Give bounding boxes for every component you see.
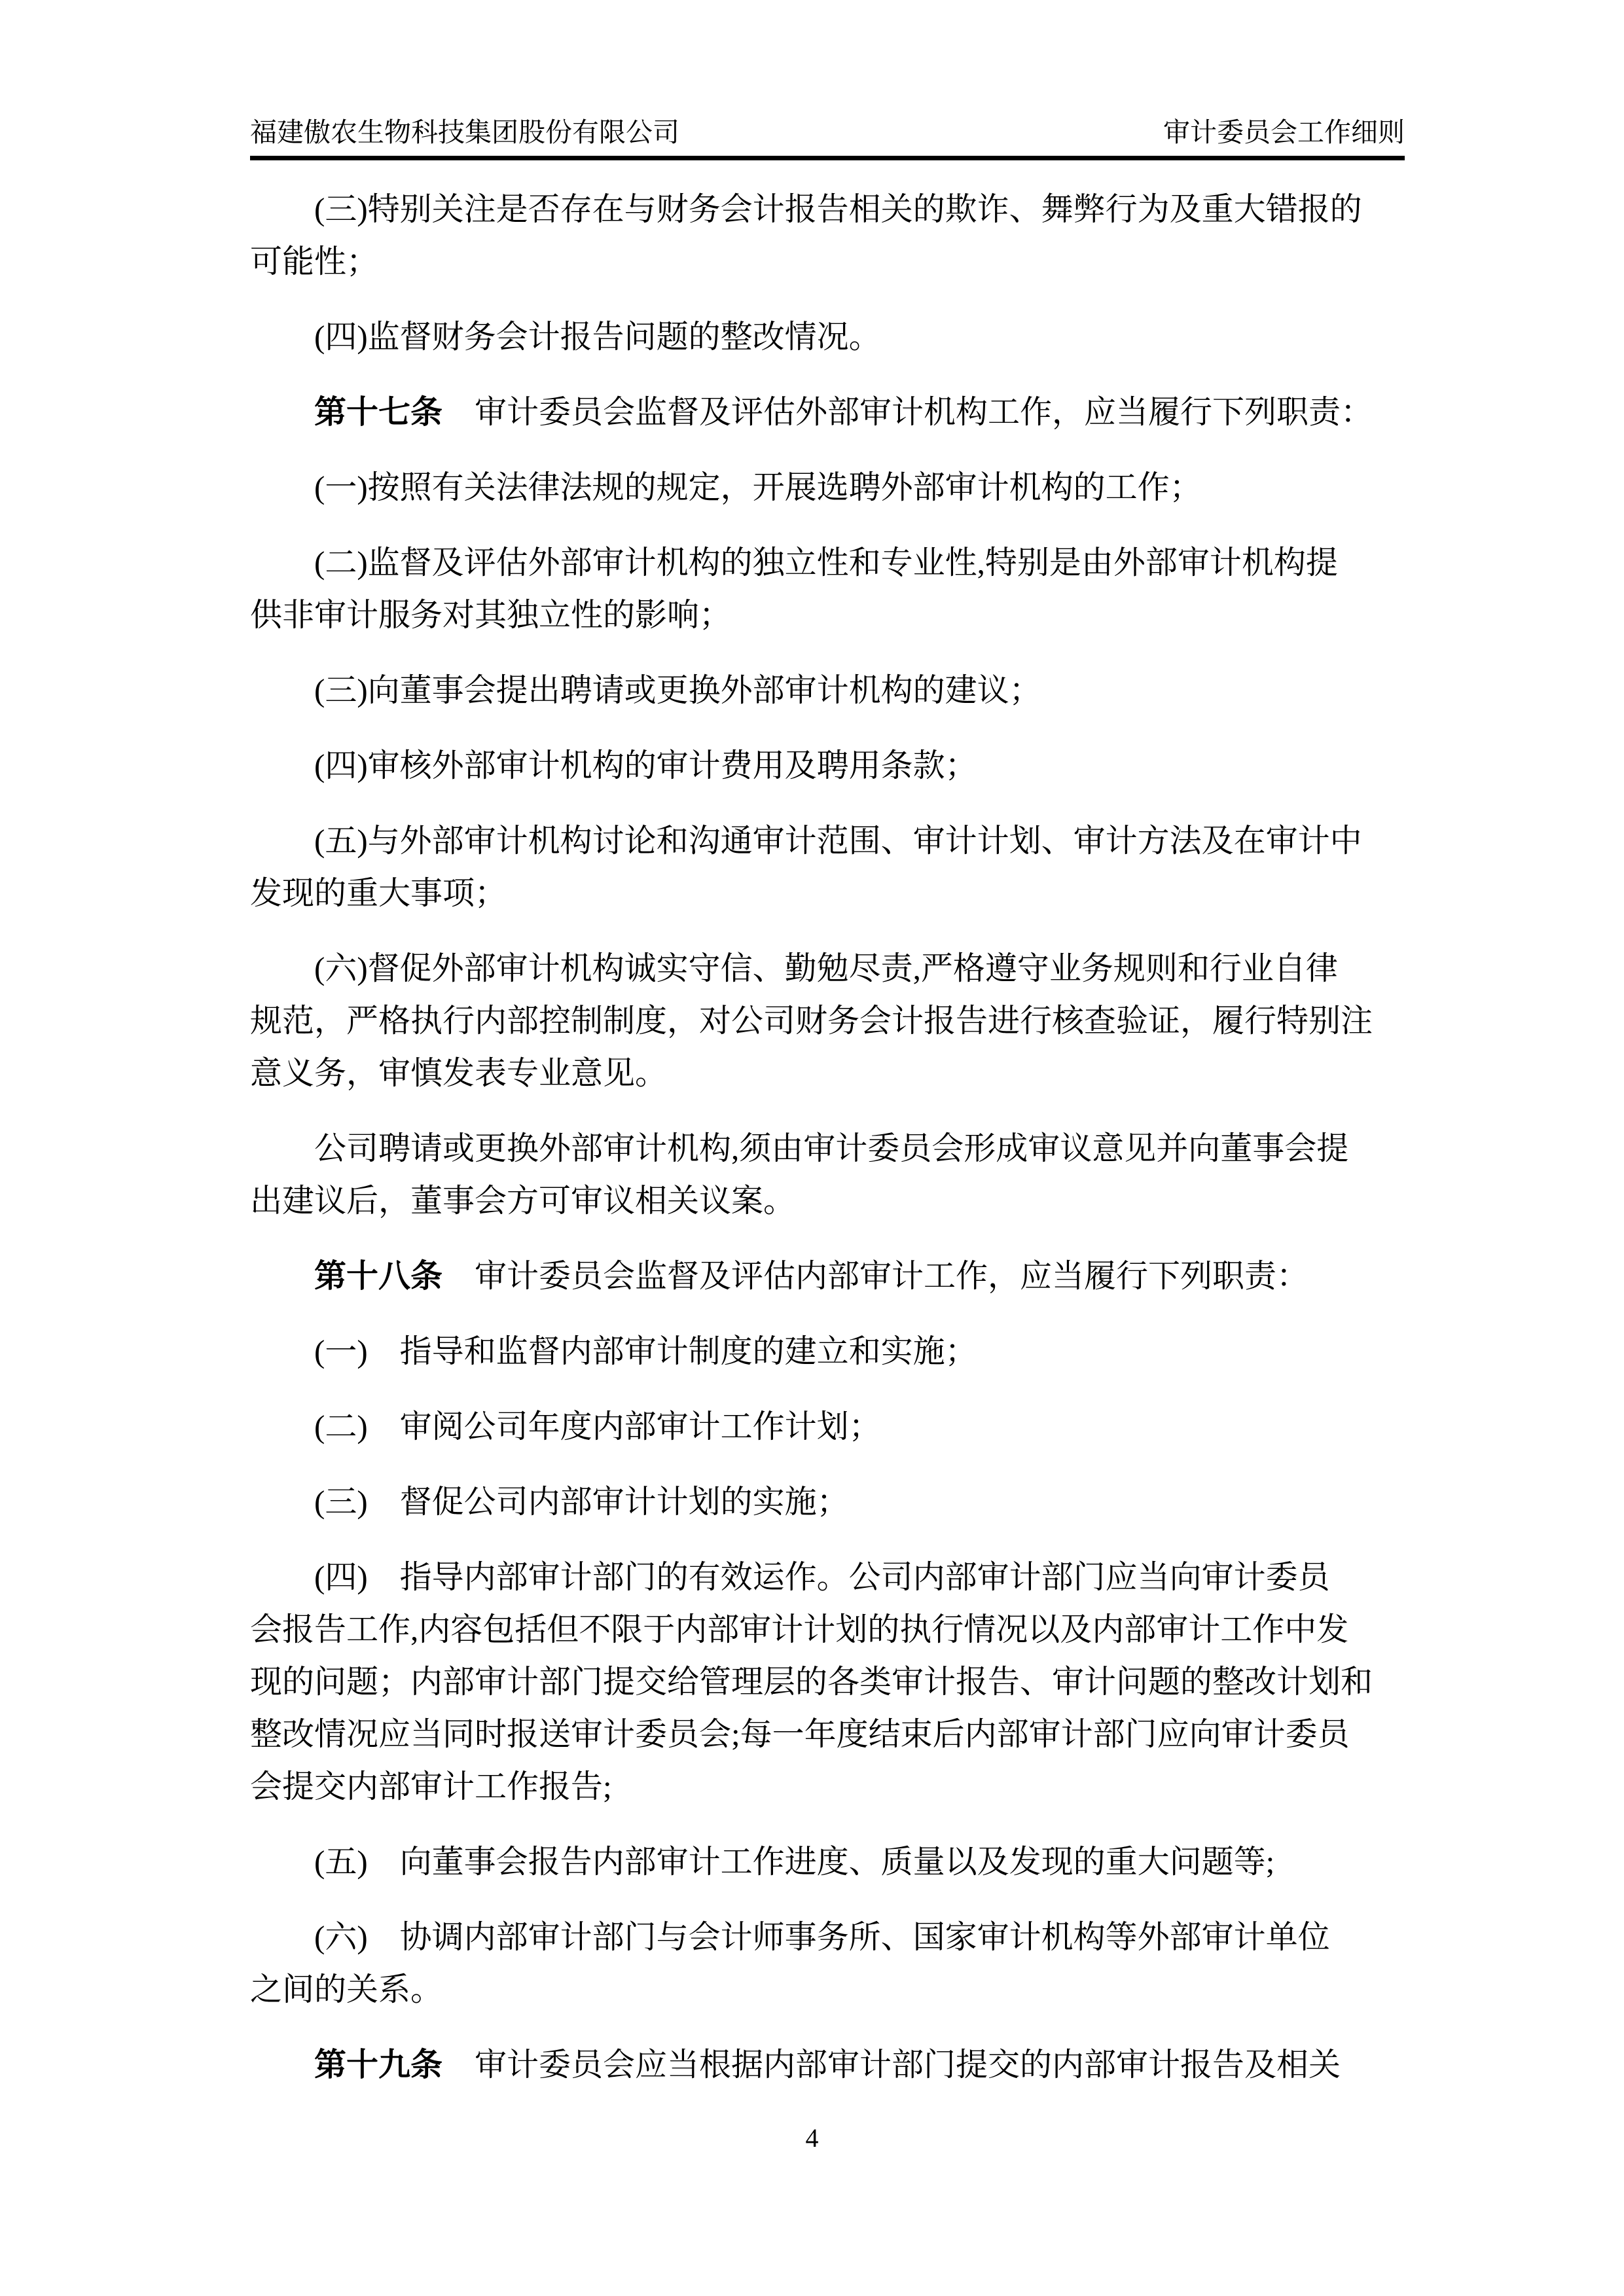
text-run: (五) 向董事会报告内部审计工作进度、质量以及发现的重大问题等; — [314, 1844, 1274, 1880]
body-line: 之间的关系。 — [250, 1964, 1405, 2016]
text-run: 之间的关系。 — [250, 1971, 442, 2007]
body-line: 第十九条 审计委员会应当根据内部审计部门提交的内部审计报告及相关 — [250, 2039, 1405, 2091]
article-number: 第十九条 — [314, 2047, 442, 2083]
text-run: (四)监督财务会计报告问题的整改情况。 — [314, 319, 881, 355]
text-run: 出建议后，董事会方可审议相关议案。 — [250, 1183, 795, 1219]
text-run: 意义务，审慎发表专业意见。 — [250, 1055, 667, 1091]
text-run: (三) 督促公司内部审计计划的实施； — [314, 1484, 849, 1520]
body-line: 规范，严格执行内部控制制度，对公司财务会计报告进行核查验证，履行特别注 — [250, 995, 1405, 1047]
body-line: (四)审核外部审计机构的审计费用及聘用条款； — [250, 740, 1405, 792]
text-run: 供非审计服务对其独立性的影响； — [250, 597, 731, 633]
body-line: (三) 督促公司内部审计计划的实施； — [250, 1476, 1405, 1528]
text-run: (一)按照有关法律法规的规定，开展选聘外部审计机构的工作； — [314, 469, 1202, 505]
text-run: 现的问题；内部审计部门提交给管理层的各类审计报告、审计问题的整改计划和 — [250, 1664, 1373, 1700]
text-run: 发现的重大事项； — [250, 875, 507, 911]
body-line: 会提交内部审计工作报告; — [250, 1761, 1405, 1813]
text-run: 规范，严格执行内部控制制度，对公司财务会计报告进行核查验证，履行特别注 — [250, 1003, 1373, 1039]
body-line: 现的问题；内部审计部门提交给管理层的各类审计报告、审计问题的整改计划和 — [250, 1656, 1405, 1708]
body-line: 出建议后，董事会方可审议相关议案。 — [250, 1175, 1405, 1227]
text-run: 审计委员会监督及评估内部审计工作，应当履行下列职责： — [442, 1258, 1308, 1294]
body-line: 公司聘请或更换外部审计机构,须由审计委员会形成审议意见并向董事会提 — [250, 1122, 1405, 1175]
body-line: 第十八条 审计委员会监督及评估内部审计工作，应当履行下列职责： — [250, 1250, 1405, 1302]
header-doc-title: 审计委员会工作细则 — [1163, 118, 1405, 146]
body-line: (五) 向董事会报告内部审计工作进度、质量以及发现的重大问题等; — [250, 1836, 1405, 1888]
article-number: 第十八条 — [314, 1258, 442, 1294]
body-line: (三)特别关注是否存在与财务会计报告相关的欺诈、舞弊行为及重大错报的 — [250, 183, 1405, 236]
text-run: (四) 指导内部审计部门的有效运作。公司内部审计部门应当向审计委员 — [314, 1559, 1330, 1595]
document-body: (三)特别关注是否存在与财务会计报告相关的欺诈、舞弊行为及重大错报的可能性；(四… — [250, 183, 1405, 2091]
page-header: 福建傲农生物科技集团股份有限公司 审计委员会工作细则 — [250, 0, 1405, 146]
body-line: (六) 协调内部审计部门与会计师事务所、国家审计机构等外部审计单位 — [250, 1911, 1405, 1964]
document-page: 福建傲农生物科技集团股份有限公司 审计委员会工作细则 (三)特别关注是否存在与财… — [0, 0, 1624, 2296]
text-run: (四)审核外部审计机构的审计费用及聘用条款； — [314, 747, 977, 783]
body-line: (二)监督及评估外部审计机构的独立性和专业性,特别是由外部审计机构提 — [250, 537, 1405, 589]
body-line: (三)向董事会提出聘请或更换外部审计机构的建议； — [250, 664, 1405, 717]
body-line: (一)按照有关法律法规的规定，开展选聘外部审计机构的工作； — [250, 461, 1405, 514]
text-run: (二) 审阅公司年度内部审计工作计划； — [314, 1408, 881, 1444]
body-line: 第十七条 审计委员会监督及评估外部审计机构工作，应当履行下列职责： — [250, 386, 1405, 439]
text-run: 整改情况应当同时报送审计委员会;每一年度结束后内部审计部门应向审计委员 — [250, 1716, 1350, 1752]
body-line: (二) 审阅公司年度内部审计工作计划； — [250, 1401, 1405, 1453]
article-number: 第十七条 — [314, 394, 442, 430]
body-line: 可能性； — [250, 236, 1405, 288]
text-run: (一) 指导和监督内部审计制度的建立和实施； — [314, 1333, 977, 1369]
body-line: (五)与外部审计机构讨论和沟通审计范围、审计计划、审计方法及在审计中 — [250, 815, 1405, 867]
body-line: 整改情况应当同时报送审计委员会;每一年度结束后内部审计部门应向审计委员 — [250, 1708, 1405, 1761]
text-run: (二)监督及评估外部审计机构的独立性和专业性,特别是由外部审计机构提 — [314, 545, 1338, 581]
text-run: (三)特别关注是否存在与财务会计报告相关的欺诈、舞弊行为及重大错报的 — [314, 191, 1362, 227]
body-line: (四)监督财务会计报告问题的整改情况。 — [250, 311, 1405, 363]
body-line: (四) 指导内部审计部门的有效运作。公司内部审计部门应当向审计委员 — [250, 1551, 1405, 1604]
text-run: 会报告工作,内容包括但不限于内部审计计划的执行情况以及内部审计工作中发 — [250, 1611, 1348, 1647]
page-number: 4 — [806, 2123, 819, 2153]
text-run: 可能性； — [250, 243, 378, 279]
header-rule — [250, 156, 1405, 160]
text-run: 审计委员会应当根据内部审计部门提交的内部审计报告及相关 — [442, 2047, 1341, 2083]
body-line: 会报告工作,内容包括但不限于内部审计计划的执行情况以及内部审计工作中发 — [250, 1604, 1405, 1656]
text-run: 审计委员会监督及评估外部审计机构工作，应当履行下列职责： — [442, 394, 1373, 430]
text-run: (六) 协调内部审计部门与会计师事务所、国家审计机构等外部审计单位 — [314, 1919, 1330, 1955]
body-line: (六)督促外部审计机构诚实守信、勤勉尽责,严格遵守业务规则和行业自律 — [250, 942, 1405, 995]
body-line: (一) 指导和监督内部审计制度的建立和实施； — [250, 1325, 1405, 1378]
text-run: (三)向董事会提出聘请或更换外部审计机构的建议； — [314, 672, 1041, 708]
body-line: 发现的重大事项； — [250, 867, 1405, 920]
text-run: 会提交内部审计工作报告; — [250, 1768, 612, 1804]
header-company-name: 福建傲农生物科技集团股份有限公司 — [250, 118, 679, 146]
text-run: 公司聘请或更换外部审计机构,须由审计委员会形成审议意见并向董事会提 — [314, 1130, 1348, 1166]
page-footer: 4 — [0, 2125, 1624, 2152]
text-run: (六)督促外部审计机构诚实守信、勤勉尽责,严格遵守业务规则和行业自律 — [314, 950, 1338, 986]
body-line: 供非审计服务对其独立性的影响； — [250, 589, 1405, 641]
body-line: 意义务，审慎发表专业意见。 — [250, 1047, 1405, 1100]
text-run: (五)与外部审计机构讨论和沟通审计范围、审计计划、审计方法及在审计中 — [314, 823, 1362, 859]
